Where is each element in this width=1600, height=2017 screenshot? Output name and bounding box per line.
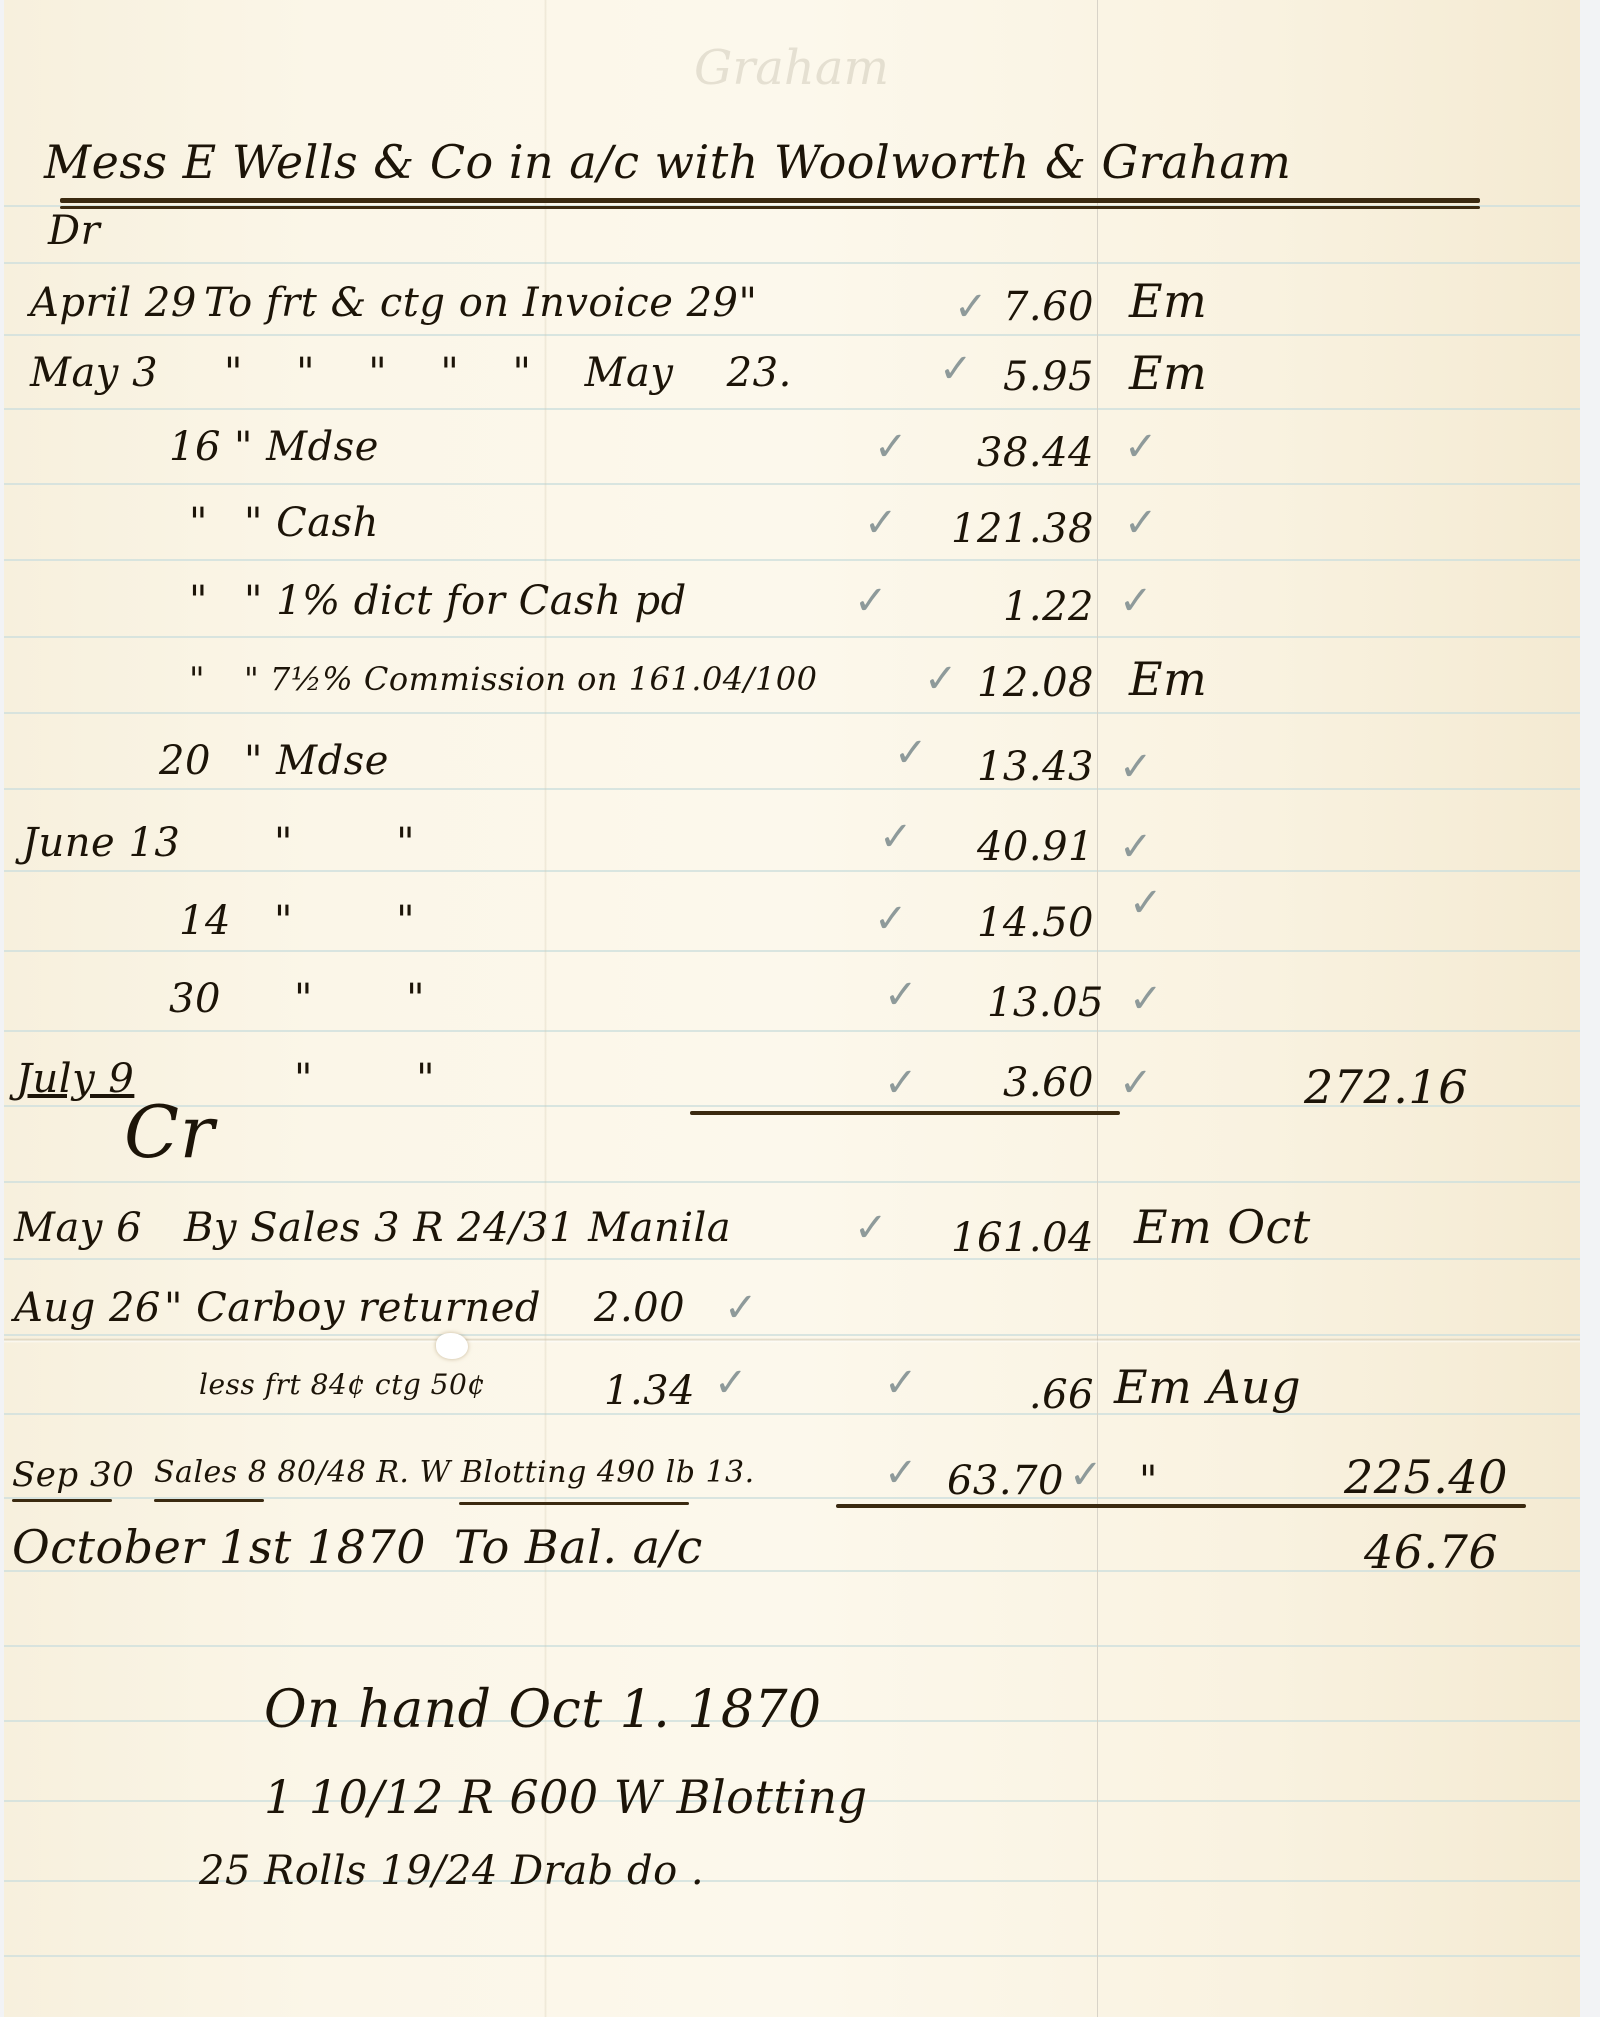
ruled-line <box>4 559 1580 561</box>
check-mark: ✓ <box>939 346 973 392</box>
debit-note-check: ✓ <box>1124 424 1158 470</box>
ruled-line <box>4 1413 1580 1415</box>
debit-description: " " " " " May 23. <box>224 350 792 396</box>
debit-amount: 13.05 <box>964 980 1104 1026</box>
credit-note: Em Oct <box>1134 1200 1311 1254</box>
check-mark: ✓ <box>884 1060 918 1106</box>
debit-description: " Mdse <box>234 424 379 470</box>
check-mark: ✓ <box>1069 1452 1103 1498</box>
debit-amount: 3.60 <box>964 1060 1094 1106</box>
debit-amount: 12.08 <box>954 660 1094 706</box>
debit-description: " 7½% Commission on 161.04/100 <box>244 660 818 698</box>
debit-amount: 5.95 <box>994 354 1094 400</box>
check-mark: ✓ <box>874 896 908 942</box>
debit-date: 16 <box>169 424 221 470</box>
credit-total-rule <box>836 1504 1526 1508</box>
debit-description: " " <box>274 898 415 944</box>
underline <box>154 1499 264 1502</box>
ruled-line <box>4 483 1580 485</box>
debit-date: 14 <box>179 898 231 944</box>
credit-description: Sales 8 80/48 R. W Blotting 490 lb 13. <box>154 1455 755 1490</box>
check-mark: ✓ <box>874 424 908 470</box>
debit-description: " " <box>294 1056 435 1102</box>
debit-amount: 40.91 <box>964 824 1094 870</box>
debit-subtotal-rule <box>690 1111 1120 1115</box>
check-mark: ✓ <box>884 1360 918 1406</box>
debit-note-check: ✓ <box>1119 824 1153 870</box>
ghost-signature: Graham <box>694 40 889 96</box>
debit-amount: 7.60 <box>994 284 1094 330</box>
check-mark: ✓ <box>884 1450 918 1496</box>
ruled-line <box>4 262 1580 264</box>
debit-description: " Mdse <box>244 738 389 784</box>
ruled-line <box>4 636 1580 638</box>
underline <box>12 1499 112 1502</box>
on-hand-title: On hand Oct 1. 1870 <box>264 1680 822 1740</box>
debit-note: Em <box>1129 274 1207 328</box>
ruled-line <box>4 334 1580 336</box>
debit-note: Em <box>1129 346 1207 400</box>
debit-date: " <box>189 660 205 700</box>
check-mark: ✓ <box>854 578 888 624</box>
credit-description: " Carboy returned <box>164 1285 541 1331</box>
paper-fold <box>4 1338 1580 1343</box>
credit-sub-amount: 1.34 <box>604 1368 695 1414</box>
debit-date: April 29 <box>30 280 197 326</box>
account-header: Mess E Wells & Co in a/c with Woolworth … <box>44 135 1291 189</box>
debit-total: 272.16 <box>1304 1060 1468 1114</box>
debit-note: Em <box>1129 652 1207 706</box>
ruled-line <box>4 870 1580 872</box>
debit-date: July 9 <box>16 1056 134 1102</box>
debit-description: " " <box>274 820 415 866</box>
debit-label: Dr <box>48 208 100 254</box>
check-mark: ✓ <box>924 656 958 702</box>
ruled-line <box>4 1645 1580 1647</box>
check-mark: ✓ <box>879 814 913 860</box>
credit-amount: 63.70 <box>924 1458 1064 1504</box>
debit-note-check: ✓ <box>1124 500 1158 546</box>
credit-description: less frt 84¢ ctg 50¢ <box>199 1368 486 1401</box>
balance-date: October 1st 1870 <box>12 1520 426 1574</box>
on-hand-line: 25 Rolls 19/24 Drab do . <box>199 1848 704 1894</box>
debit-date: 30 <box>169 976 221 1022</box>
ruled-line <box>4 788 1580 790</box>
debit-date: " <box>189 578 208 624</box>
check-mark: ✓ <box>954 284 988 330</box>
debit-amount: 38.44 <box>964 430 1094 476</box>
credit-description: By Sales 3 R 24/31 Manila <box>184 1205 731 1251</box>
ruled-line <box>4 1030 1580 1032</box>
credit-sub-amount: 2.00 <box>594 1285 685 1331</box>
debit-note-check: ✓ <box>1129 976 1163 1022</box>
credit-amount: .66 <box>964 1372 1094 1418</box>
credit-date: May 6 <box>14 1205 142 1251</box>
check-mark: ✓ <box>884 972 918 1018</box>
ruled-line <box>4 950 1580 952</box>
ledger-paper: Graham Mess E Wells & Co in a/c with Woo… <box>4 0 1580 2017</box>
header-double-rule <box>60 206 1480 209</box>
credit-note: " <box>1139 1458 1158 1504</box>
on-hand-line: 1 10/12 R 600 W Blotting <box>264 1770 868 1824</box>
debit-amount: 121.38 <box>934 506 1094 552</box>
debit-note-check: ✓ <box>1119 578 1153 624</box>
balance-amount: 46.76 <box>1364 1525 1498 1579</box>
debit-date: " <box>189 500 208 546</box>
debit-note-check: ✓ <box>1119 1060 1153 1106</box>
debit-date: May 3 <box>30 350 158 396</box>
check-mark: ✓ <box>854 1205 888 1251</box>
ruled-line <box>4 408 1580 410</box>
debit-date: June 13 <box>22 820 180 866</box>
underline <box>459 1502 689 1505</box>
debit-note-check: ✓ <box>1129 880 1163 926</box>
balance-label: To Bal. a/c <box>454 1520 703 1574</box>
credit-date: Aug 26 <box>14 1285 161 1331</box>
debit-description: " 1% dict for Cash pd <box>244 578 687 624</box>
debit-note-check: ✓ <box>1119 744 1153 790</box>
check-mark: ✓ <box>724 1285 758 1331</box>
debit-description: To frt & ctg on Invoice 29" <box>204 280 757 326</box>
ruled-line <box>4 1334 1580 1336</box>
debit-amount: 13.43 <box>964 744 1094 790</box>
ruled-line <box>4 1258 1580 1260</box>
ruled-line <box>4 1955 1580 1957</box>
debit-amount: 1.22 <box>964 584 1094 630</box>
ruled-line <box>4 712 1580 714</box>
credit-date: Sep 30 <box>12 1455 134 1495</box>
debit-date: 20 <box>159 738 211 784</box>
check-mark: ✓ <box>864 500 898 546</box>
credit-label: Cr <box>124 1090 215 1174</box>
ruled-line <box>4 1181 1580 1183</box>
debit-description: " " <box>294 976 425 1022</box>
debit-description: " Cash <box>244 500 379 546</box>
paper-hole <box>436 1333 468 1359</box>
debit-amount: 14.50 <box>964 900 1094 946</box>
header-double-rule <box>60 198 1480 203</box>
credit-note: Em Aug <box>1114 1360 1301 1414</box>
check-mark: ✓ <box>894 730 928 776</box>
check-mark: ✓ <box>714 1360 748 1406</box>
credit-amount: 161.04 <box>924 1215 1094 1261</box>
credit-total: 225.40 <box>1344 1450 1508 1504</box>
